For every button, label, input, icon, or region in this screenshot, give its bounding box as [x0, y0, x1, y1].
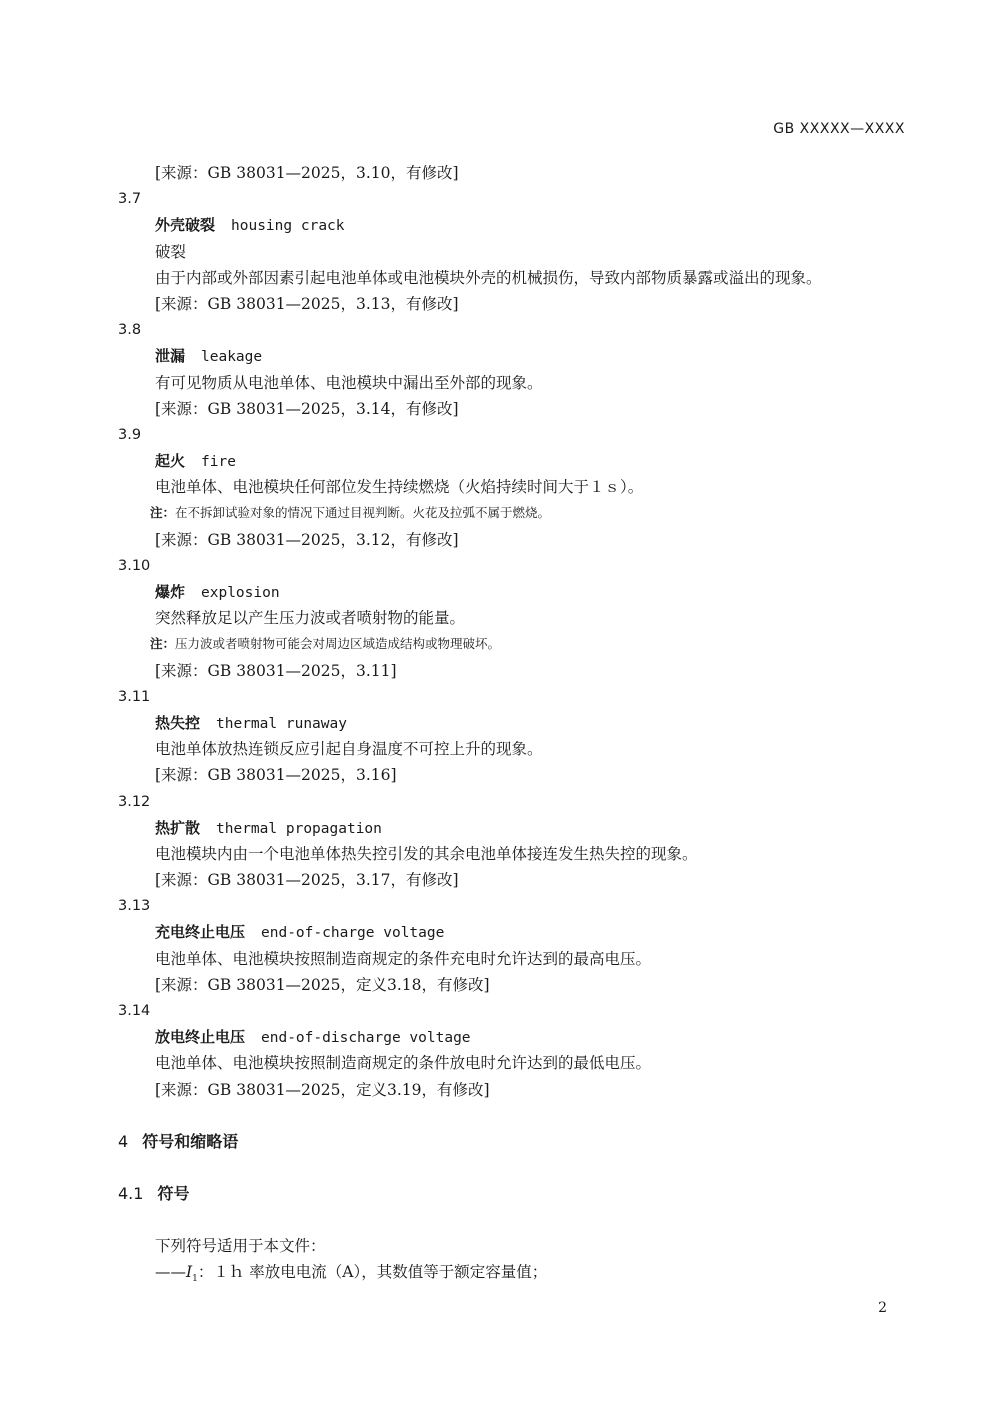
symbol-list-item: ——I1：１ｈ 率放电电流（A），其数值等于额定容量值；: [118, 1259, 918, 1285]
clause-number: 3.14: [118, 998, 918, 1024]
term-en: housing crack: [231, 218, 345, 234]
note-text: 在不拆卸试验对象的情况下通过目视判断。火花及拉弧不属于燃烧。: [175, 505, 550, 520]
term-definition: 电池单体放热连锁反应引起自身温度不可控上升的现象。: [118, 736, 918, 762]
clause-number: 3.13: [118, 893, 918, 919]
term-zh: 放电终止电压: [155, 1028, 245, 1046]
document-body: [来源：GB 38031—2025，3.10，有修改] 3.7 外壳破裂hous…: [118, 160, 918, 1285]
term-en: end-of-discharge voltage: [261, 1030, 471, 1046]
clause-number: 3.8: [118, 317, 918, 343]
term-note: 注：在不拆卸试验对象的情况下通过目视判断。火花及拉弧不属于燃烧。: [118, 500, 918, 526]
term-definition: 电池单体、电池模块任何部位发生持续燃烧（火焰持续时间大于１ｓ）。: [118, 474, 918, 500]
source-citation: [来源：GB 38031—2025，3.17，有修改]: [118, 867, 918, 893]
clause-number: 3.7: [118, 186, 918, 212]
term-definition: 由于内部或外部因素引起电池单体或电池模块外壳的机械损伤，导致内部物质暴露或溢出的…: [118, 265, 918, 291]
subsection-heading: 4.1符号: [118, 1181, 918, 1207]
section-heading: 4符号和缩略语: [118, 1129, 918, 1155]
symbol: I1: [186, 1263, 198, 1281]
term-heading: 充电终止电压end-of-charge voltage: [118, 919, 918, 945]
source-citation: [来源：GB 38031—2025，定义3.19，有修改]: [118, 1077, 918, 1103]
term-zh: 热失控: [155, 714, 200, 732]
term-synonym: 破裂: [118, 239, 918, 265]
term-en: fire: [201, 454, 236, 470]
term-zh: 热扩散: [155, 819, 200, 837]
term-en: end-of-charge voltage: [261, 925, 444, 941]
term-heading: 外壳破裂housing crack: [118, 212, 918, 238]
list-dash: ——: [155, 1263, 186, 1281]
term-heading: 泄漏leakage: [118, 343, 918, 369]
clause-number: 3.9: [118, 422, 918, 448]
note-label: 注：: [150, 636, 175, 651]
subsection-number: 4.1: [118, 1184, 143, 1203]
term-heading: 放电终止电压end-of-discharge voltage: [118, 1024, 918, 1050]
symbol-description: ：１ｈ 率放电电流（A），其数值等于额定容量值；: [198, 1263, 547, 1281]
term-definition: 突然释放足以产生压力波或者喷射物的能量。: [118, 605, 918, 631]
source-citation: [来源：GB 38031—2025，定义3.18，有修改]: [118, 972, 918, 998]
source-citation: [来源：GB 38031—2025，3.16]: [118, 762, 918, 788]
term-heading: 起火fire: [118, 448, 918, 474]
source-citation: [来源：GB 38031—2025，3.14，有修改]: [118, 396, 918, 422]
section-title: 符号和缩略语: [142, 1132, 238, 1151]
subsection-title: 符号: [157, 1184, 189, 1203]
note-label: 注：: [150, 505, 175, 520]
source-citation: [来源：GB 38031—2025，3.13，有修改]: [118, 291, 918, 317]
term-zh: 外壳破裂: [155, 216, 215, 234]
source-citation: [来源：GB 38031—2025，3.12，有修改]: [118, 527, 918, 553]
clause-number: 3.12: [118, 789, 918, 815]
term-en: thermal propagation: [216, 821, 382, 837]
term-heading: 热失控thermal runaway: [118, 710, 918, 736]
symbols-intro: 下列符号适用于本文件：: [118, 1233, 918, 1259]
clause-number: 3.10: [118, 553, 918, 579]
term-zh: 爆炸: [155, 583, 185, 601]
note-text: 压力波或者喷射物可能会对周边区域造成结构或物理破坏。: [175, 636, 500, 651]
source-citation: [来源：GB 38031—2025，3.11]: [118, 658, 918, 684]
term-note: 注：压力波或者喷射物可能会对周边区域造成结构或物理破坏。: [118, 631, 918, 657]
term-definition: 电池单体、电池模块按照制造商规定的条件充电时允许达到的最高电压。: [118, 946, 918, 972]
term-zh: 起火: [155, 452, 185, 470]
term-zh: 泄漏: [155, 347, 185, 365]
document-code-header: GB XXXXX—XXXX: [773, 121, 905, 137]
clause-number: 3.11: [118, 684, 918, 710]
term-en: thermal runaway: [216, 716, 347, 732]
term-definition: 电池单体、电池模块按照制造商规定的条件放电时允许达到的最低电压。: [118, 1050, 918, 1076]
term-heading: 爆炸explosion: [118, 579, 918, 605]
term-zh: 充电终止电压: [155, 923, 245, 941]
page-number: 2: [878, 1300, 887, 1316]
term-en: leakage: [201, 349, 262, 365]
term-en: explosion: [201, 585, 280, 601]
section-number: 4: [118, 1132, 128, 1151]
source-citation: [来源：GB 38031—2025，3.10，有修改]: [118, 160, 918, 186]
term-definition: 电池模块内由一个电池单体热失控引发的其余电池单体接连发生热失控的现象。: [118, 841, 918, 867]
term-heading: 热扩散thermal propagation: [118, 815, 918, 841]
term-definition: 有可见物质从电池单体、电池模块中漏出至外部的现象。: [118, 370, 918, 396]
